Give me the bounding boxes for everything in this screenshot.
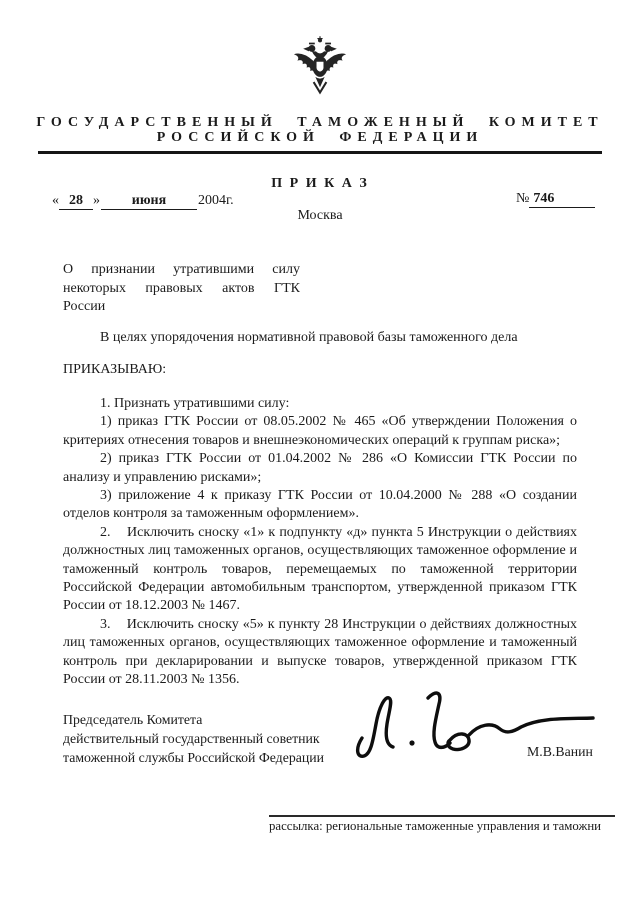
command-word: ПРИКАЗЫВАЮ: <box>63 362 166 378</box>
number-label: № <box>516 191 529 206</box>
scanned-order-document: { "header": { "emblem_icon": "russian-do… <box>0 0 640 900</box>
header-rule <box>38 151 602 154</box>
date-close-quote: » <box>93 193 100 208</box>
signer-position-line: действительный государственный советник <box>63 729 363 748</box>
signer-position-line: Председатель Комитета <box>63 710 363 729</box>
signer-position-line: таможенной службы Российской Федерации <box>63 748 363 767</box>
signer-name: М.В.Ванин <box>527 744 593 760</box>
body-paragraph: 1. Признать утратившими силу: <box>63 395 577 413</box>
body-paragraph: 3. Исключить сноску «5» к пункту 28 Инст… <box>63 616 577 690</box>
body-paragraph: 1) приказ ГТК России от 08.05.2002 № 465… <box>63 413 577 450</box>
russian-coat-of-arms-icon <box>291 36 349 103</box>
city-label: Москва <box>0 208 640 224</box>
org-name-line1: ГОСУДАРСТВЕННЫЙ ТАМОЖЕННЫЙ КОМИТЕТ <box>0 115 640 130</box>
order-body: 1. Признать утратившими силу: 1) приказ … <box>63 395 577 690</box>
number-value: 746 <box>529 191 595 208</box>
subject-line: России <box>63 298 300 317</box>
date-open-quote: « <box>52 193 59 208</box>
signer-position-block: Председатель Комитета действительный гос… <box>63 710 363 767</box>
subject-line: некоторых правовых актов ГТК <box>63 280 300 299</box>
subject-block: О признании утратившими силу некоторых п… <box>63 261 300 317</box>
doc-type-title: П Р И К А З <box>0 176 640 192</box>
distribution-note: рассылка: региональные таможенные управл… <box>269 819 619 834</box>
handwritten-signature-icon <box>350 686 595 783</box>
footer-rule <box>269 815 615 817</box>
body-paragraph: 2) приказ ГТК России от 01.04.2002 № 286… <box>63 450 577 487</box>
preamble-paragraph: В целях упорядочения нормативной правово… <box>63 330 577 346</box>
body-paragraph: 2. Исключить сноску «1» к подпункту «д» … <box>63 524 577 616</box>
subject-line: О признании утратившими силу <box>63 261 300 280</box>
order-number: №746 <box>516 191 595 208</box>
body-paragraph: 3) приложение 4 к приказу ГТК России от … <box>63 487 577 524</box>
org-name-line2: РОССИЙСКОЙ ФЕДЕРАЦИИ <box>0 130 640 145</box>
date-year: 2004г. <box>198 193 234 208</box>
org-header: ГОСУДАРСТВЕННЫЙ ТАМОЖЕННЫЙ КОМИТЕТ РОССИ… <box>0 115 640 145</box>
